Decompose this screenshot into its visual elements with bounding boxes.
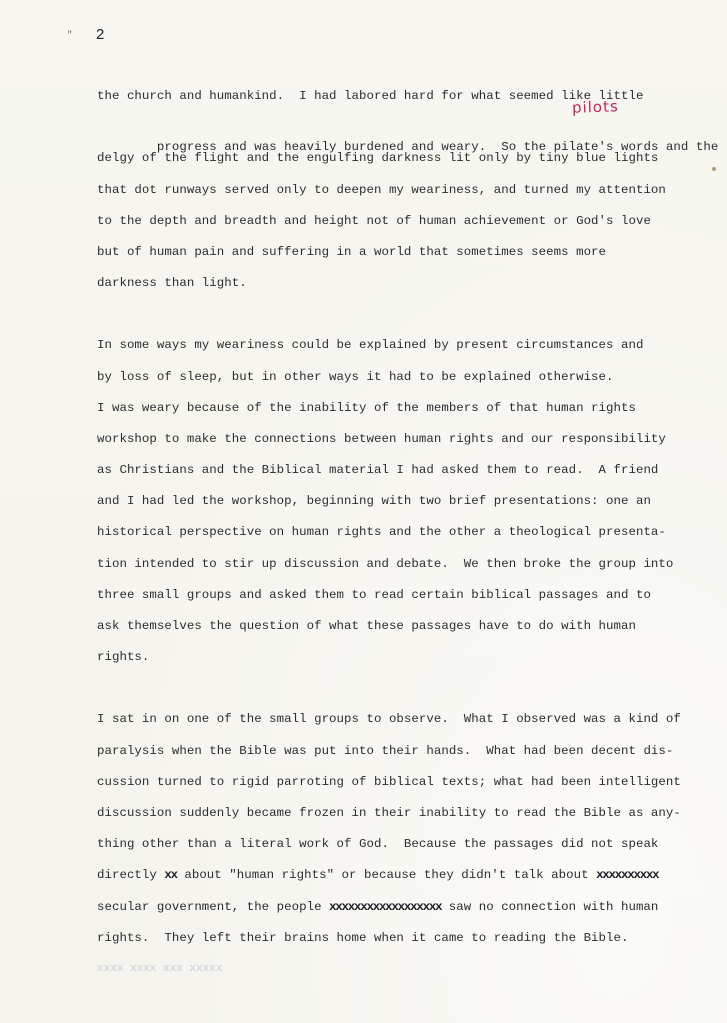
document-page: " 2 the church and humankind. I had labo… [0,0,727,1023]
text-line: but of human pain and suffering in a wor… [97,242,657,273]
page-number: 2 [96,26,104,43]
text-line: In some ways my weariness could be expla… [97,335,657,366]
text-line: as Christians and the Biblical material … [97,460,657,491]
text-line: discussion suddenly became frozen in the… [97,803,657,834]
paragraph-2: In some ways my weariness could be expla… [97,335,657,678]
text-line-with-strikeouts: secular government, the people xxxxxxxxx… [97,897,657,928]
text-line: three small groups and asked them to rea… [97,585,657,616]
text-line: I was weary because of the inability of … [97,398,657,429]
paragraph-1: the church and humankind. I had labored … [97,86,657,304]
paragraph-gap [97,678,657,709]
text-fragment: about "human rights" or because they did… [177,868,596,882]
text-line: tion intended to stir up discussion and … [97,554,657,585]
text-line: paralysis when the Bible was put into th… [97,741,657,772]
page-mark: " [67,30,72,40]
paragraph-gap [97,304,657,335]
text-line: to the depth and breadth and height not … [97,211,657,242]
text-line-with-strikeouts: directly xx about "human rights" or beca… [97,865,657,896]
text-line: historical perspective on human rights a… [97,522,657,553]
text-line: and I had led the workshop, beginning wi… [97,491,657,522]
text-line: workshop to make the connections between… [97,429,657,460]
typed-strikeout: xx [164,868,176,882]
text-line: delgy of the flight and the engulfing da… [97,148,657,179]
typed-strikeout: xxxxxxxxxx [596,868,658,882]
bleed-through-text: xxxx xxxx xxx xxxxx [97,963,222,975]
text-line-with-annotation: progress and was heavily burdened and we… [97,117,657,148]
text-line: rights. [97,647,657,678]
text-line: darkness than light. [97,273,657,304]
typed-strikeout: xxxxxxxxxxxxxxxxxx [329,900,441,914]
text-line: rights. They left their brains home when… [97,928,657,959]
text-line: that dot runways served only to deepen m… [97,180,657,211]
text-line: by loss of sleep, but in other ways it h… [97,367,657,398]
text-line: cussion turned to rigid parroting of bib… [97,772,657,803]
text-line: ask themselves the question of what thes… [97,616,657,647]
text-fragment: saw no connection with human [441,900,658,914]
paper-speck [712,167,716,171]
handwritten-annotation: pilots [572,96,619,118]
text-fragment: secular government, the people [97,900,329,914]
paragraph-3: I sat in on one of the small groups to o… [97,709,657,959]
text-line: I sat in on one of the small groups to o… [97,709,657,740]
document-body: the church and humankind. I had labored … [97,86,657,959]
text-fragment: directly [97,868,164,882]
text-line: thing other than a literal work of God. … [97,834,657,865]
